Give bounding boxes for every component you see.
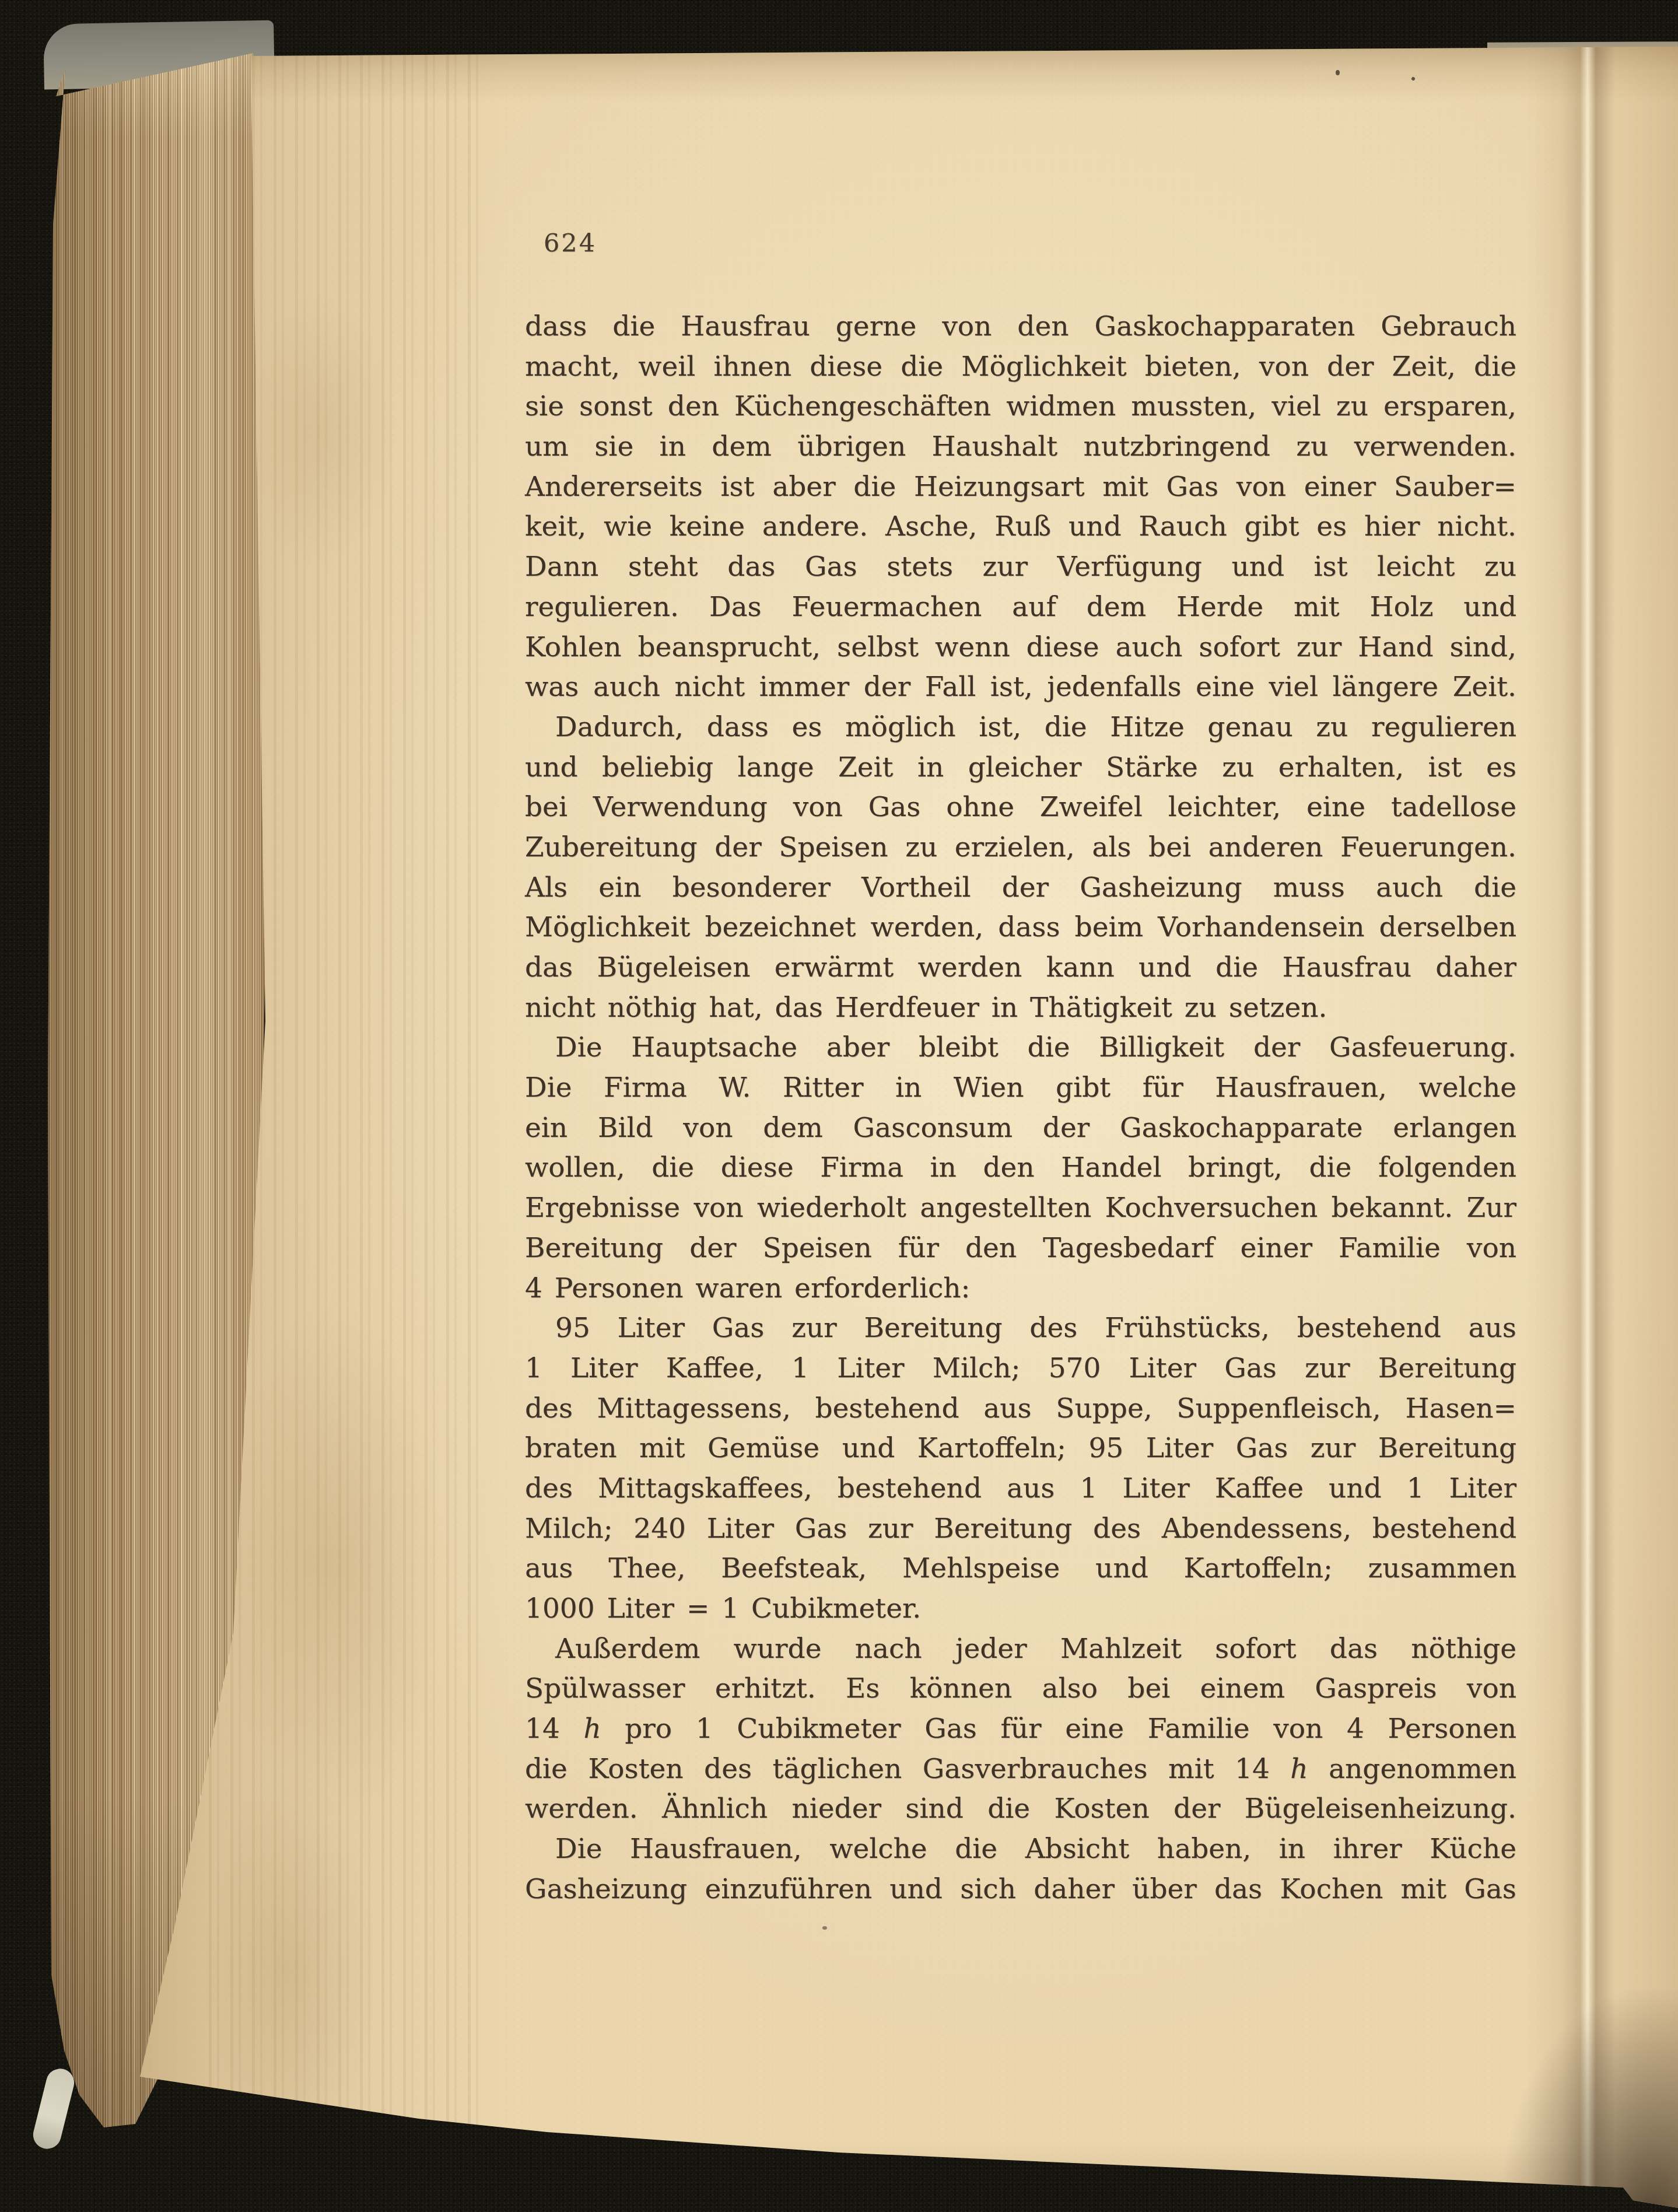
book-scan: 624 dass die Hausfrau gerne von den Gask… (0, 0, 1678, 2212)
text-line: Zubereitung der Speisen zu erzielen, als… (525, 828, 1516, 868)
text-line: regulieren. Das Feuermachen auf dem Herd… (525, 587, 1516, 628)
text-line: was auch nicht immer der Fall ist, jeden… (525, 667, 1516, 708)
book-headband-thread (30, 2066, 77, 2151)
text-line: bei Verwendung von Gas ohne Zweifel leic… (525, 787, 1516, 828)
text-line: Als ein besonderer Vortheil der Gasheizu… (525, 868, 1516, 908)
text-line: Die Firma W. Ritter in Wien gibt für Hau… (525, 1068, 1516, 1108)
text-line: sie sonst den Küchengeschäften widmen mu… (525, 387, 1516, 427)
text-line: das Bügeleisen erwärmt werden kann und d… (525, 948, 1516, 988)
text-line: und beliebig lange Zeit in gleicher Stär… (525, 748, 1516, 788)
text-line: des Mittagskaffees, bestehend aus 1 Lite… (525, 1469, 1516, 1509)
text-line: 1 Liter Kaffee, 1 Liter Milch; 570 Liter… (525, 1349, 1516, 1389)
text-line: Die Hauptsache aber bleibt die Billigkei… (525, 1028, 1516, 1068)
text-line: keit, wie keine andere. Asche, Ruß und R… (525, 507, 1516, 547)
text-line: 95 Liter Gas zur Bereitung des Frühstück… (525, 1308, 1516, 1349)
text-line: des Mittagessens, bestehend aus Suppe, S… (525, 1389, 1516, 1429)
text-line: werden. Ähnlich nieder sind die Kosten d… (525, 1789, 1516, 1829)
text-line: Dadurch, dass es möglich ist, die Hitze … (525, 708, 1516, 748)
text-line: braten mit Gemüse und Kartoffeln; 95 Lit… (525, 1429, 1516, 1469)
text-line: 4 Personen waren erforderlich: (525, 1269, 1516, 1309)
text-line: 14 ℎ pro 1 Cubikmeter Gas für eine Famil… (525, 1709, 1516, 1749)
text-line: 1000 Liter = 1 Cubikmeter. (525, 1589, 1516, 1629)
text-line: Bereitung der Speisen für den Tagesbedar… (525, 1228, 1516, 1269)
text-line: Spülwasser erhitzt. Es können also bei e… (525, 1669, 1516, 1709)
gutter-shading (1526, 47, 1678, 2212)
paper-speck (1336, 70, 1340, 75)
paper-speck (822, 1926, 827, 1930)
text-line: aus Thee, Beefsteak, Mehlspeise und Kart… (525, 1549, 1516, 1589)
body-text: dass die Hausfrau gerne von den Gaskocha… (525, 307, 1516, 1910)
text-line: dass die Hausfrau gerne von den Gaskocha… (525, 307, 1516, 347)
text-line: Milch; 240 Liter Gas zur Bereitung des A… (525, 1509, 1516, 1549)
text-line: Gasheizung einzuführen und sich daher üb… (525, 1870, 1516, 1910)
text-line: nicht nöthig hat, das Herdfeuer in Thäti… (525, 988, 1516, 1028)
text-line: Möglichkeit bezeichnet werden, dass beim… (525, 908, 1516, 948)
text-line: Die Hausfrauen, welche die Absicht haben… (525, 1829, 1516, 1870)
page-number: 624 (544, 229, 597, 258)
text-line: wollen, die diese Firma in den Handel br… (525, 1148, 1516, 1188)
text-line: Dann steht das Gas stets zur Verfügung u… (525, 547, 1516, 587)
text-line: Außerdem wurde nach jeder Mahlzeit sofor… (525, 1629, 1516, 1669)
text-line: Ergebnisse von wiederholt angestellten K… (525, 1188, 1516, 1228)
text-line: Kohlen beansprucht, selbst wenn diese au… (525, 628, 1516, 668)
text-line: ein Bild von dem Gasconsum der Gaskochap… (525, 1108, 1516, 1149)
gutter-shadow (1503, 1989, 1678, 2212)
paper-speck (1411, 76, 1416, 81)
text-line: macht, weil ihnen diese die Möglichkeit … (525, 347, 1516, 387)
text-line: die Kosten des täglichen Gasverbrauches … (525, 1749, 1516, 1790)
text-line: Andererseits ist aber die Heizungsart mi… (525, 467, 1516, 508)
book-page: 624 dass die Hausfrau gerne von den Gask… (139, 47, 1678, 2212)
text-line: um sie in dem übrigen Haushalt nutzbring… (525, 427, 1516, 467)
